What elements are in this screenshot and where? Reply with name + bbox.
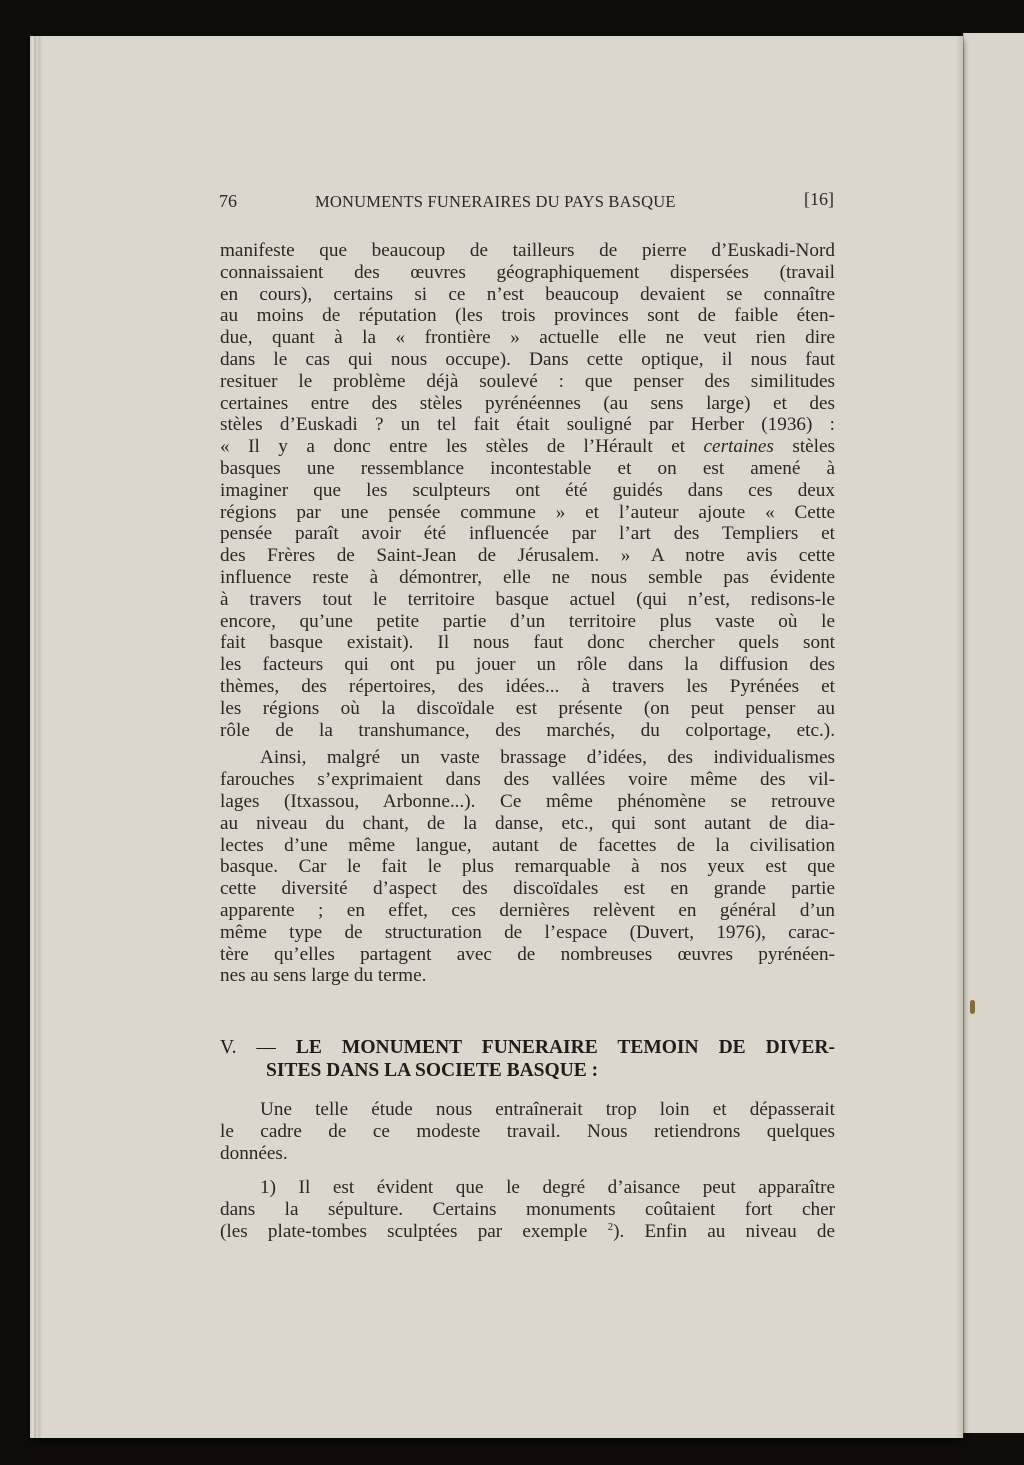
text-line: à travers tout le territoire basque actu… [220,589,835,611]
section-number: V. — [220,1037,276,1058]
paragraph-3: Une telle étude nous entraînerait trop l… [220,1099,835,1165]
text-line: apparente ; en effet, ces dernières relè… [220,900,835,922]
text-line: dans la sépulture. Certains monuments co… [220,1199,835,1221]
text-line: au moins de réputation (les trois provin… [220,305,835,327]
text-line: stèles d’Euskadi ? un tel fait était sou… [220,414,835,436]
text-line: 1) Il est évident que le degré d’aisance… [220,1177,835,1199]
text-line: basques une ressemblance incontestable e… [220,458,835,480]
page-stack-edge [30,36,42,1438]
text-line: tère qu’elles partagent avec de nombreus… [220,944,835,966]
text-line: thèmes, des répertoires, des idées... à … [220,676,835,698]
text-line: cette diversité d’aspect des discoïdales… [220,878,835,900]
text-line: pensée paraît avoir été influencée par l… [220,523,835,545]
text-line: fait basque existait). Il nous faut donc… [220,632,835,654]
text-line: due, quant à la « frontière » actuelle e… [220,327,835,349]
section-marker: [16] [804,189,834,210]
text-line: imaginer que les sculpteurs ont été guid… [220,480,835,502]
text-line: données. [220,1143,835,1165]
section-heading: V. — LE MONUMENT FUNERAIRE TEMOIN DE DIV… [220,1036,835,1082]
quote-text-tail: stèles [792,436,835,457]
text-line: en cours), certains si ce n’est beaucoup… [220,284,835,306]
text-line: farouches s’exprimaient dans des vallées… [220,769,835,791]
text-line-with-footnote: (les plate-tombes sculptées par exemple … [220,1221,835,1243]
body-text: manifeste que beaucoup de tailleurs de p… [220,240,835,987]
text-line: même type de structuration de l’espace (… [220,922,835,944]
paragraph-1: manifeste que beaucoup de tailleurs de p… [220,240,835,741]
paragraph-2: Ainsi, malgré un vaste brassage d’idées,… [220,747,835,987]
section-heading-line-1: V. — LE MONUMENT FUNERAIRE TEMOIN DE DIV… [220,1036,835,1059]
text-line: des Frères de Saint-Jean de Jérusalem. »… [220,545,835,567]
text-line: certaines entre des stèles pyrénéennes (… [220,393,835,415]
text-line: les facteurs qui ont pu jouer un rôle da… [220,654,835,676]
text-line: les régions où la discoïdale est présent… [220,698,835,720]
text-line: le cadre de ce modeste travail. Nous ret… [220,1121,835,1143]
page-number: 76 [219,191,237,212]
quote-text: « Il y a donc entre les stèles de l’Héra… [220,436,685,457]
text-line: nes au sens large du terme. [220,965,835,987]
running-head: 76 MONUMENTS FUNERAIRES DU PAYS BASQUE [… [219,189,834,219]
text-after-footnote: ). Enfin au niveau de [613,1221,835,1242]
text-line: rôle de la transhumance, des marchés, du… [220,720,835,742]
text-line: lages (Itxassou, Arbonne...). Ce même ph… [220,791,835,813]
text-line: Une telle étude nous entraînerait trop l… [220,1099,835,1121]
text-line: basque. Car le fait le plus remarquable … [220,856,835,878]
paragraph-4: 1) Il est évident que le degré d’aisance… [220,1177,835,1243]
text-line: au niveau du chant, de la danse, etc., q… [220,813,835,835]
section-title-part-2: SITES DANS LA SOCIETE BASQUE : [220,1059,835,1082]
text-line: lectes d’une même langue, autant de face… [220,835,835,857]
paper-blemish [970,1000,975,1014]
text-line: encore, qu’une petite partie d’un territ… [220,611,835,633]
facing-page-edge [963,33,1024,1433]
text-line: resituer le problème déjà soulevé : que … [220,371,835,393]
text-line: manifeste que beaucoup de tailleurs de p… [220,240,835,262]
text-line: Ainsi, malgré un vaste brassage d’idées,… [220,747,835,769]
text-line-quote: « Il y a donc entre les stèles de l’Héra… [220,436,835,458]
text-line: dans le cas qui nous occupe). Dans cette… [220,349,835,371]
text-line: régions par une pensée commune » et l’au… [220,502,835,524]
text-before-footnote: (les plate-tombes sculptées par exemple [220,1221,587,1242]
running-title: MONUMENTS FUNERAIRES DU PAYS BASQUE [315,192,676,212]
italic-emphasis: certaines [704,436,774,457]
section-title-part-1: LE MONUMENT FUNERAIRE TEMOIN DE DIVER- [296,1037,835,1058]
text-line: connaissaient des œuvres géographiquemen… [220,262,835,284]
text-line: influence reste à démontrer, elle ne nou… [220,567,835,589]
binding-gutter [956,36,964,1438]
